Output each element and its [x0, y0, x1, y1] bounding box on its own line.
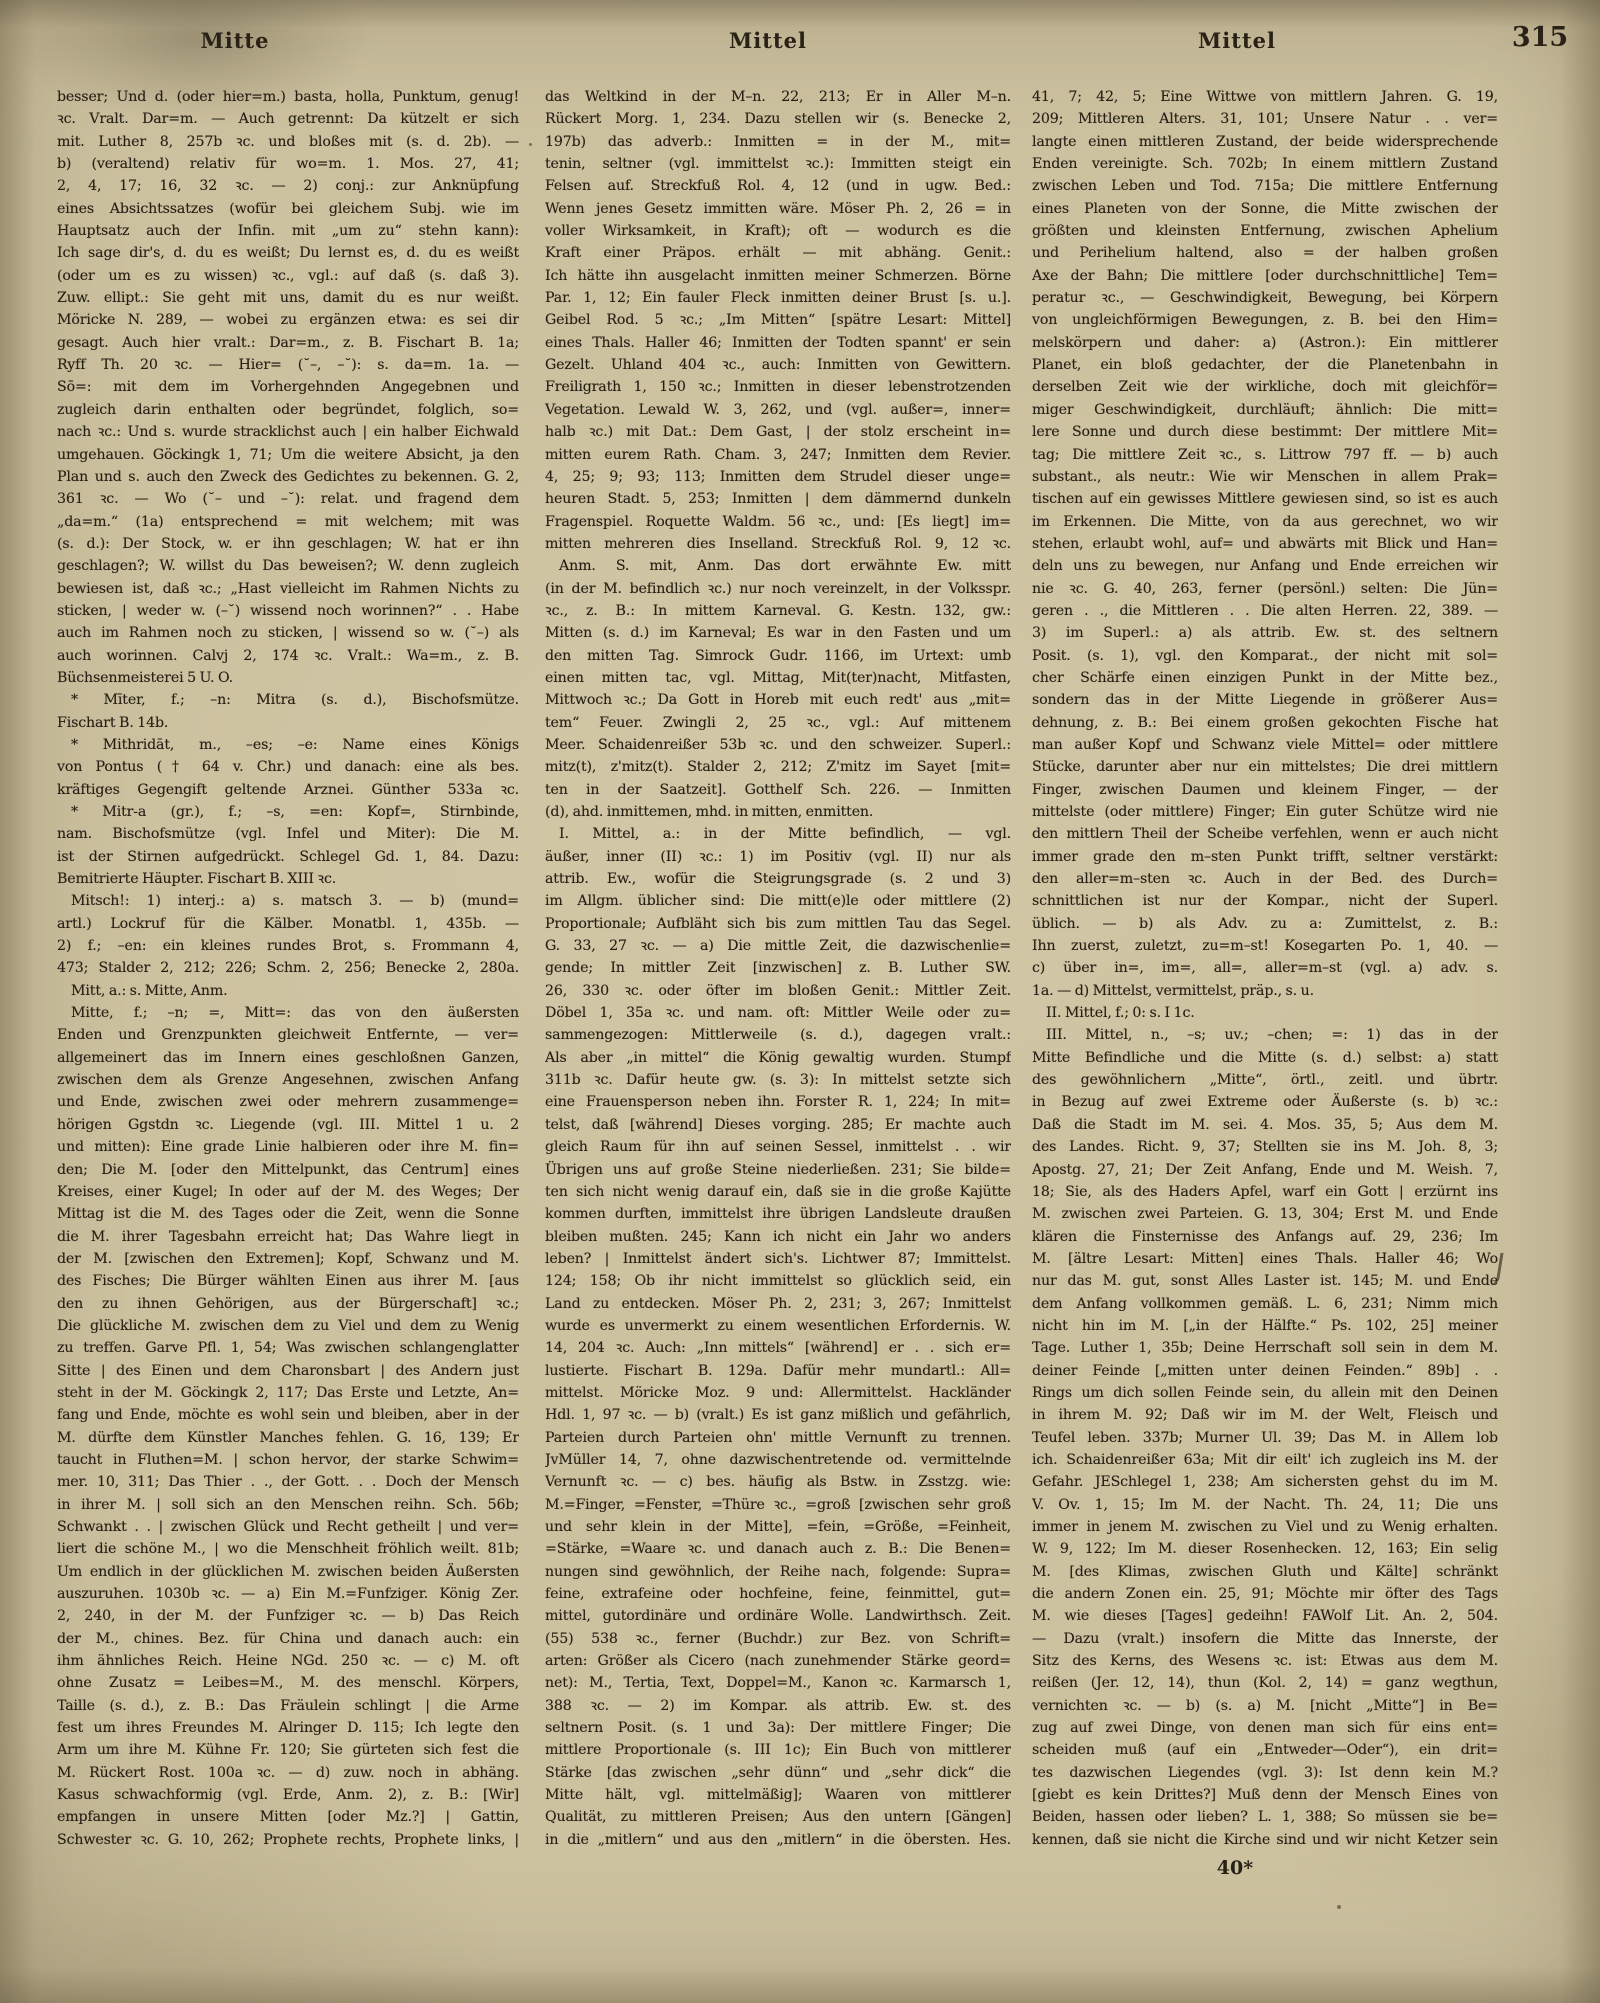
- text-line: geren . ., die Mittleren . . Die alten H…: [1032, 600, 1498, 622]
- text-line: kennen, daß sie nicht die Kirche sind un…: [1032, 1829, 1498, 1851]
- text-line: sticken, | weder w. (–˘) wissend noch wo…: [57, 600, 519, 622]
- text-line: gesagt. Auch hier vralt.: Dar=m., z. B. …: [57, 332, 519, 354]
- text-line: scheiden muß (auf ein „Entweder—Oder“), …: [1032, 1739, 1498, 1761]
- text-line: zugleich darin enthalten oder begründet,…: [57, 399, 519, 421]
- text-line: Gezelt. Uhland 404 ꝛc., auch: Inmitten v…: [545, 354, 1011, 376]
- text-line: immer in jenem M. zwischen zu Viel und z…: [1032, 1516, 1498, 1538]
- text-line: einen mitten tac, vgl. Mittag, Mit(ter)n…: [545, 667, 1011, 689]
- text-line: ꝛc. Vralt. Dar=m. — Auch getrennt: Da kü…: [57, 108, 519, 130]
- ink-speck: [529, 143, 532, 146]
- signature-mark: 40*: [1190, 1856, 1280, 1880]
- text-line: Geibel Rod. 5 ꝛc.; „Im Mitten“ [spätre L…: [545, 309, 1011, 331]
- text-line: Felsen auf. Streckfuß Rol. 4, 12 (und in…: [545, 175, 1011, 197]
- text-column-1: besser; Und d. (oder hier=m.) basta, hol…: [57, 86, 519, 1851]
- text-line: in Bezug auf zwei Extreme oder Äußerste …: [1032, 1091, 1498, 1113]
- text-line: dehnung, z. B.: Bei einem großen gekocht…: [1032, 712, 1498, 734]
- ink-speck: [1337, 1905, 1341, 1909]
- text-line: M. [ältre Lesart: Mitten] eines Thals. H…: [1032, 1248, 1498, 1270]
- text-line: Um endlich in der glücklichen M. zwische…: [57, 1561, 519, 1583]
- text-line: 124; 158; Ob ihr nicht immittelst so glü…: [545, 1270, 1011, 1292]
- text-line: auch worinnen. Calvj 2, 174 ꝛc. Vralt.: …: [57, 645, 519, 667]
- text-line: steht in der M. Göckingk 2, 117; Das Ers…: [57, 1382, 519, 1404]
- dictionary-page-scan: Mitte Mittel Mittel 315 besser; Und d. (…: [0, 0, 1600, 2003]
- text-line: (in der M. befindlich ꝛc.) nur noch vere…: [545, 578, 1011, 600]
- text-line: lere Sonne und durch diese bestimmt: Der…: [1032, 421, 1498, 443]
- text-line: in ihrem M. 92; Daß wir im M. der Welt, …: [1032, 1404, 1498, 1426]
- text-line: Freiligrath 1, 150 ꝛc.; Inmitten in dies…: [545, 376, 1011, 398]
- text-line: das Weltkind in der M–n. 22, 213; Er in …: [545, 86, 1011, 108]
- text-line: und mitten): Eine grade Linie halbieren …: [57, 1136, 519, 1158]
- text-line: dem Anfang vollkommen gemäß. L. 6, 231; …: [1032, 1293, 1498, 1315]
- text-line: M.=Finger, =Fenster, =Thüre ꝛc., =groß […: [545, 1494, 1011, 1516]
- text-line: feine, extrafeine oder hochfeine, feine,…: [545, 1583, 1011, 1605]
- text-line: geschlagen?; W. willst du Das beweisen?;…: [57, 555, 519, 577]
- text-line: und Ende, zwischen zwei oder mehrern zus…: [57, 1091, 519, 1113]
- text-line: leben? | Inmittelst ändert sich's. Licht…: [545, 1248, 1011, 1270]
- text-line: nungen sind gewöhnlich, der Reihe nach, …: [545, 1561, 1011, 1583]
- text-line: Enden vereinigte. Sch. 702b; In einem mi…: [1032, 153, 1498, 175]
- text-line: üblich. — b) als Adv. zu a: Zumittelst, …: [1032, 913, 1498, 935]
- text-line: lustierte. Fischart B. 129a. Dafür mehr …: [545, 1360, 1011, 1382]
- text-line: Als aber „in mittel“ die König gewaltig …: [545, 1047, 1011, 1069]
- text-line: peratur ꝛc., — Geschwindigkeit, Bewegung…: [1032, 287, 1498, 309]
- text-line: Ihn zuerst, zuletzt, zu=m–st! Kosegarten…: [1032, 935, 1498, 957]
- text-line: M. wie dieses [Tages] gedeihn! FAWolf Li…: [1032, 1605, 1498, 1627]
- text-line: derselben Zeit wie der wirkliche, doch m…: [1032, 376, 1498, 398]
- text-line: W. 9, 122; Im M. dieser Rosenhecken. 12,…: [1032, 1538, 1498, 1560]
- text-line: Ich sage dir's, d. du es weißt; Du lerns…: [57, 242, 519, 264]
- text-line: telst, daß [während] Dieses vorging. 285…: [545, 1114, 1011, 1136]
- text-line: bewiesen ist, daß ꝛc.; „Hast vielleicht …: [57, 578, 519, 600]
- text-line: Kraft einer Präpos. erhält — mit abhäng.…: [545, 242, 1011, 264]
- text-line: V. Ov. 1, 15; Im M. der Nacht. Th. 24, 1…: [1032, 1494, 1498, 1516]
- text-line: Die glückliche M. zwischen dem zu Viel u…: [57, 1315, 519, 1337]
- text-line: die andern Zonen ein. 25, 91; Möchte mir…: [1032, 1583, 1498, 1605]
- text-line: mitten mehreren dies Inselland. Streckfu…: [545, 533, 1011, 555]
- text-line: mitz(t), z'mitz(t). Stalder 2, 212; Z'mi…: [545, 756, 1011, 778]
- text-line: eines Thals. Haller 46; Inmitten der Tod…: [545, 332, 1011, 354]
- text-line: klären die Finsternisse des Anfangs auf.…: [1032, 1226, 1498, 1248]
- text-line: eine Frauensperson neben ihn. Forster R.…: [545, 1091, 1011, 1113]
- text-line: Planet, ein bloß gedachter, der die Plan…: [1032, 354, 1498, 376]
- text-line: Par. 1, 12; Ein fauler Fleck inmitten de…: [545, 287, 1011, 309]
- text-line: immer grade den m–sten Punkt trifft, sel…: [1032, 846, 1498, 868]
- text-line: Axe der Bahn; Die mittlere [oder durchsc…: [1032, 265, 1498, 287]
- text-line: besser; Und d. (oder hier=m.) basta, hol…: [57, 86, 519, 108]
- text-line: III. Mittel, n., –s; uv.; –chen; =: 1) d…: [1032, 1024, 1498, 1046]
- text-line: Möricke N. 289, — wobei zu ergänzen etwa…: [57, 309, 519, 331]
- text-line: im Allgm. üblicher sind: Die mitt(e)le o…: [545, 890, 1011, 912]
- text-line: arten: Größer als Cicero (nach zunehmend…: [545, 1650, 1011, 1672]
- text-line: Mitt, a.: s. Mitte, Anm.: [57, 980, 519, 1002]
- text-line: 2, 240, in der M. der Funfziger ꝛc. — b)…: [57, 1605, 519, 1627]
- text-line: äußer, inner (II) ꝛc.: 1) im Positiv (vg…: [545, 846, 1011, 868]
- text-line: 3) im Superl.: a) als attrib. Ew. st. de…: [1032, 622, 1498, 644]
- text-line: ich. Schaidenreißer 63a; Mit dir eilt' i…: [1032, 1449, 1498, 1471]
- text-line: reißen (Jer. 12, 14), thun (Kol. 2, 14) …: [1032, 1672, 1498, 1694]
- text-line: 4, 25; 9; 93; 113; Inmitten dem Strudel …: [545, 466, 1011, 488]
- text-line: M. [des Klimas, zwischen Gluth und Kälte…: [1032, 1561, 1498, 1583]
- text-line: auszuruhen. 1030b ꝛc. — a) Ein M.=Funfzi…: [57, 1583, 519, 1605]
- text-line: heuren Stadt. 5, 253; Inmitten | dem däm…: [545, 488, 1011, 510]
- text-line: 388 ꝛc. — 2) im Kompar. als attrib. Ew. …: [545, 1695, 1011, 1717]
- text-line: halb ꝛc.) mit Dat.: Dem Gast, | der stol…: [545, 421, 1011, 443]
- text-line: mittelst. Möricke Moz. 9 und: Allermitte…: [545, 1382, 1011, 1404]
- text-line: voller Wirksamkeit, in Kraft); oft — wod…: [545, 220, 1011, 242]
- text-line: auch im Rahmen noch zu sticken, | wissen…: [57, 622, 519, 644]
- text-line: Zuw. ellipt.: Sie geht mit uns, damit du…: [57, 287, 519, 309]
- text-line: 2) f.; –en: ein kleines rundes Brot, s. …: [57, 935, 519, 957]
- text-line: nur das M. gut, sonst Alles Laster ist. …: [1032, 1270, 1498, 1292]
- text-line: in ihrer M. | soll sich an den Menschen …: [57, 1494, 519, 1516]
- text-line: eines Planeten von der Sonne, die Mitte …: [1032, 198, 1498, 220]
- text-line: Mitte hält, vgl. mittelmäßig]; Waaren vo…: [545, 1784, 1011, 1806]
- text-line: nicht hin im M. [„in der Hälfte.“ Ps. 10…: [1032, 1315, 1498, 1337]
- text-line: Mittag ist die M. des Tages oder die Zei…: [57, 1203, 519, 1225]
- text-line: 209; Mittleren Alters. 31, 101; Unsere N…: [1032, 108, 1498, 130]
- text-line: zug auf zwei Dinge, von denen man sich f…: [1032, 1717, 1498, 1739]
- text-line: tenin, seltner (vgl. immittelst ꝛc.): Im…: [545, 153, 1011, 175]
- text-line: nie ꝛc. G. 40, 263, ferner (persönl.) se…: [1032, 578, 1498, 600]
- text-line: nach ꝛc.: Und s. wurde stracklichst auch…: [57, 421, 519, 443]
- text-line: der M., chines. Bez. für China und danac…: [57, 1628, 519, 1650]
- text-line: von ungleichförmigen Bewegungen, z. B. b…: [1032, 309, 1498, 331]
- text-line: nam. Bischofsmütze (vgl. Infel und Miter…: [57, 823, 519, 845]
- text-line: Gefahr. JESchlegel 1, 238; Am sichersten…: [1032, 1471, 1498, 1493]
- text-line: seltnern Posit. (s. 1 und 3a): Der mittl…: [545, 1717, 1011, 1739]
- text-line: die M. ihrer Tagesbahn erreicht hat; Das…: [57, 1226, 519, 1248]
- text-line: Sitz des Kerns, des Wesens ꝛc. ist: Etwa…: [1032, 1650, 1498, 1672]
- text-line: liert die schöne M., | wo die Menschheit…: [57, 1538, 519, 1560]
- text-line: artl.) Lockruf für die Kälber. Monatbl. …: [57, 913, 519, 935]
- text-line: 361 ꝛc. — Wo (˘– und –˘): relat. und fra…: [57, 488, 519, 510]
- text-line: Fragenspiel. Roquette Waldm. 56 ꝛc., und…: [545, 511, 1011, 533]
- text-line: mittelste (oder mittlere) Finger; Ein gu…: [1032, 801, 1498, 823]
- text-line: attrib. Ew., wofür die Steigrungsgrade (…: [545, 868, 1011, 890]
- text-line: Sō=: mit dem im Vorhergehnden Angegebnen…: [57, 376, 519, 398]
- text-line: ten sich nicht wenig darauf ein, daß sie…: [545, 1181, 1011, 1203]
- text-line: Mitte, f.; –n; =, Mitt=: das von den äuß…: [57, 1002, 519, 1024]
- text-line: den mitten Tag. Simrock Gudr. 1166, im U…: [545, 645, 1011, 667]
- text-line: Vegetation. Lewald W. 3, 262, und (vgl. …: [545, 399, 1011, 421]
- text-line: (55) 538 ꝛc., ferner (Buchdr.) zur Bez. …: [545, 1628, 1011, 1650]
- text-line: Meer. Schaidenreißer 53b ꝛc. und den sch…: [545, 734, 1011, 756]
- text-line: des Fisches; Die Bürger wählten Einen au…: [57, 1270, 519, 1292]
- text-line: von Pontus († 64 v. Chr.) und danach: ei…: [57, 756, 519, 778]
- text-line: — Dazu (vralt.) insofern die Mitte das I…: [1032, 1628, 1498, 1650]
- text-line: Beiden, hassen oder lieben? L. 1, 388; S…: [1032, 1806, 1498, 1828]
- text-line: 2, 4, 17; 16, 32 ꝛc. — 2) conj.: zur Ank…: [57, 175, 519, 197]
- text-line: ihm ähnliches Reich. Heine NGd. 250 ꝛc. …: [57, 1650, 519, 1672]
- text-line: melskörpern und daher: a) (Astron.): Ein…: [1032, 332, 1498, 354]
- text-line: Enden und Grenzpunkten gleichweit Entfer…: [57, 1024, 519, 1046]
- text-line: 473; Stalder 2, 212; 226; Schm. 2, 256; …: [57, 957, 519, 979]
- text-line: b) (veraltend) relativ für wo=m. 1. Mos.…: [57, 153, 519, 175]
- text-line: Büchsenmeisterei 5 U. O.: [57, 667, 519, 689]
- text-line: in die „mitlern“ und aus den „mitlern“ i…: [545, 1829, 1011, 1851]
- text-line: Sitte | des Einen und dem Charonsbart | …: [57, 1360, 519, 1382]
- text-line: M. zwischen zwei Parteien. G. 13, 304; E…: [1032, 1203, 1498, 1225]
- text-line: * Mithridāt, m., –es; –e: Name eines Kön…: [57, 734, 519, 756]
- text-line: Döbel 1, 35a ꝛc. und nam. oft: Mittler W…: [545, 1002, 1011, 1024]
- text-line: [giebt es kein Drittes?] Muß denn der Me…: [1032, 1784, 1498, 1806]
- text-line: tischen auf ein gewisses Mittlere gewies…: [1032, 488, 1498, 510]
- text-line: Parteien durch Parteien ohn' mittle Vern…: [545, 1427, 1011, 1449]
- text-line: Ich hätte ihn ausgelacht inmitten meiner…: [545, 265, 1011, 287]
- text-line: fest um ihres Freundes M. Alringer D. 11…: [57, 1717, 519, 1739]
- text-line: * Mitr-a (gr.), f.; –s, =en: Kopf=, Stir…: [57, 801, 519, 823]
- text-line: mittel, gutordinäre und ordinäre Wolle. …: [545, 1605, 1011, 1627]
- text-line: Finger, zwischen Daumen und kleinem Fing…: [1032, 779, 1498, 801]
- text-line: den zu ihnen Gehörigen, aus der Bürgersc…: [57, 1293, 519, 1315]
- text-line: eines Absichtssatzes (wofür bei gleichem…: [57, 198, 519, 220]
- text-line: 311b ꝛc. Dafür heute gw. (s. 3): In mitt…: [545, 1069, 1011, 1091]
- text-line: empfangen in unsere Mitten [oder Mz.?] |…: [57, 1806, 519, 1828]
- text-line: 26, 330 ꝛc. oder öfter im bloßen Genit.:…: [545, 980, 1011, 1002]
- text-line: c) über in=, im=, all=, aller=m–st (vgl.…: [1032, 957, 1498, 979]
- text-line: zu treffen. Garve Pfl. 1, 54; Was zwisch…: [57, 1337, 519, 1359]
- text-line: der M. [zwischen den Extremen]; Kopf, Sc…: [57, 1248, 519, 1270]
- text-line: Ryff Th. 20 ꝛc. — Hier= (˘–, –˘): s. da=…: [57, 354, 519, 376]
- text-line: 197b) das adverb.: Inmitten = in der M.,…: [545, 131, 1011, 153]
- text-line: Teufel leben. 337b; Murner Ul. 39; Das M…: [1032, 1427, 1498, 1449]
- text-line: I. Mittel, a.: in der Mitte befindlich, …: [545, 823, 1011, 845]
- text-line: bleiben mußten. 245; Kann ich nicht ein …: [545, 1226, 1011, 1248]
- text-line: langte einen mittleren Zustand, der beid…: [1032, 131, 1498, 153]
- text-line: gende; In mittler Zeit [inzwischen] z. B…: [545, 957, 1011, 979]
- text-line: „da=m.“ (1a) entsprechend = mit welchem;…: [57, 511, 519, 533]
- text-column-3: 41, 7; 42, 5; Eine Wittwe von mittlern J…: [1032, 86, 1498, 1851]
- text-line: Rückert Morg. 1, 234. Dazu stellen wir (…: [545, 108, 1011, 130]
- text-line: * Mīter, f.; –n: Mitra (s. d.), Bischofs…: [57, 689, 519, 711]
- text-line: hörigen Ggstdn ꝛc. Liegende (vgl. III. M…: [57, 1114, 519, 1136]
- text-line: Hauptsatz auch der Infin. mit „um zu“ st…: [57, 220, 519, 242]
- text-line: tem“ Feuer. Zwingli 2, 25 ꝛc., vgl.: Auf…: [545, 712, 1011, 734]
- text-line: cher Schärfe einen einzigen Punkt in der…: [1032, 667, 1498, 689]
- text-line: Fischart B. 14b.: [57, 712, 519, 734]
- text-line: sondern das in der Mitte Liegende in grö…: [1032, 689, 1498, 711]
- text-line: ꝛc., z. B.: In mittem Karneval. G. Kestn…: [545, 600, 1011, 622]
- text-line: (d), ahd. inmittemen, mhd. in mitten, en…: [545, 801, 1011, 823]
- text-line: vernichten ꝛc. — b) (s. a) M. [nicht „Mi…: [1032, 1695, 1498, 1717]
- text-line: mitten eurem Rath. Cham. 3, 247; Inmitte…: [545, 444, 1011, 466]
- text-line: schnittlichen ist nur der Kompar., nicht…: [1032, 890, 1498, 912]
- text-line: mittlere Proportionale (s. III 1c); Ein …: [545, 1739, 1011, 1761]
- text-line: Anm. S. mit, Anm. Das dort erwähnte Ew. …: [545, 555, 1011, 577]
- text-line: allgemeinert das im Innern eines geschlo…: [57, 1047, 519, 1069]
- text-line: ten in der Saatzeit]. Gotthelf Sch. 226.…: [545, 779, 1011, 801]
- text-line: gleich Raum für ihn auf seinen Sessel, i…: [545, 1136, 1011, 1158]
- text-line: Rings um dich sollen Feinde sein, du all…: [1032, 1382, 1498, 1404]
- text-line: wurde es unvermerkt zu einem wesentliche…: [545, 1315, 1011, 1337]
- text-line: tag; Die mittlere Zeit ꝛc., s. Littrow 7…: [1032, 444, 1498, 466]
- running-head-right: Mittel: [1157, 28, 1317, 54]
- text-line: zwischen Leben und Tod. 715a; Die mittle…: [1032, 175, 1498, 197]
- text-line: taucht in Fluthen=M. | schon hervor, der…: [57, 1449, 519, 1471]
- text-line: (oder um es zu wissen) ꝛc., vgl.: auf da…: [57, 265, 519, 287]
- text-line: net): M., Tertia, Text, Doppel=M., Kanon…: [545, 1672, 1011, 1694]
- text-line: mer. 10, 311; Das Thier . ., der Gott. .…: [57, 1471, 519, 1493]
- text-line: =Stärke, =Waare ꝛc. und danach auch z. B…: [545, 1538, 1011, 1560]
- text-line: Kreises, einer Kugel; In oder auf der M.…: [57, 1181, 519, 1203]
- text-line: ohne Zusatz = Leibes=M., M. des menschl.…: [57, 1672, 519, 1694]
- text-line: Hdl. 1, 97 ꝛc. — b) (vralt.) Es ist ganz…: [545, 1404, 1011, 1426]
- text-line: des gewöhnlichern „Mitte“, örtl., zeitl.…: [1032, 1069, 1498, 1091]
- text-line: und sehr klein in der Mitte], =fein, =Gr…: [545, 1516, 1011, 1538]
- text-line: Daß die Stadt im M. sei. 4. Mos. 35, 5; …: [1032, 1114, 1498, 1136]
- text-line: Kasus schwachformig (vgl. Erde, Anm. 2),…: [57, 1784, 519, 1806]
- text-line: 1a. — d) Mittelst, vermittelst, präp., s…: [1032, 980, 1498, 1002]
- text-line: deln uns zu bewegen, nur Anfang und Ende…: [1032, 555, 1498, 577]
- text-line: M. dürfte dem Künstler Manches fehlen. G…: [57, 1427, 519, 1449]
- text-line: Übrigen uns auf große Steine niederließe…: [545, 1159, 1011, 1181]
- text-line: stehen, erlaubt wohl, auf= und abwärts m…: [1032, 533, 1498, 555]
- text-line: 18; Sie, als des Haders Apfel, warf ein …: [1032, 1181, 1498, 1203]
- text-line: Proportionale; Aufbläht sich bis zum mit…: [545, 913, 1011, 935]
- text-line: kräftiges Gegengift geltende Arznei. Gün…: [57, 779, 519, 801]
- text-line: Stücke, darunter aber nur ein mittelstes…: [1032, 756, 1498, 778]
- text-line: kommen durften, immittelst ihre übrigen …: [545, 1203, 1011, 1225]
- text-line: mit. Luther 8, 257b ꝛc. und bloßes mit (…: [57, 131, 519, 153]
- text-line: Apostg. 27, 21; Der Zeit Anfang, Ende un…: [1032, 1159, 1498, 1181]
- text-line: tes dazwischen Liegendes (vgl. 3): Ist d…: [1032, 1762, 1498, 1784]
- text-line: 14, 204 ꝛc. Auch: „Inn mittels“ [während…: [545, 1337, 1011, 1359]
- text-line: Qualität, zu mittleren Preisen; Aus den …: [545, 1806, 1011, 1828]
- page-number: 315: [1498, 22, 1582, 54]
- text-line: Land zu entdecken. Möser Ph. 2, 231; 3, …: [545, 1293, 1011, 1315]
- text-line: Mitsch!: 1) interj.: a) s. matsch 3. — b…: [57, 890, 519, 912]
- text-column-2: das Weltkind in der M–n. 22, 213; Er in …: [545, 86, 1011, 1851]
- text-line: Mitte Befindliche und die Mitte (s. d.) …: [1032, 1047, 1498, 1069]
- text-line: den aller=m–sten ꝛc. Auch in der Bed. de…: [1032, 868, 1498, 890]
- text-line: Wenn jenes Gesetz immitten wäre. Möser P…: [545, 198, 1011, 220]
- text-line: Tage. Luther 1, 35b; Deine Herrschaft so…: [1032, 1337, 1498, 1359]
- running-head-center: Mittel: [688, 28, 848, 54]
- text-line: Bemitrierte Häupter. Fischart B. XIII ꝛc…: [57, 868, 519, 890]
- text-line: II. Mittel, f.; 0: s. I 1c.: [1032, 1002, 1498, 1024]
- text-line: größten und kleinsten Entfernung, zwisch…: [1032, 220, 1498, 242]
- text-line: ist der Stirnen aufgedrückt. Schlegel Gd…: [57, 846, 519, 868]
- text-line: substant., als neutr.: Wie wir Menschen …: [1032, 466, 1498, 488]
- text-line: und Perihelium haltend, also = der halbe…: [1032, 242, 1498, 264]
- text-line: man außer Kopf und Schwanz viele Mittel=…: [1032, 734, 1498, 756]
- text-line: Arm um ihre M. Kühne Fr. 120; Sie gürtet…: [57, 1739, 519, 1761]
- text-line: Vernunft ꝛc. — c) bes. häufig als Bstw. …: [545, 1471, 1011, 1493]
- text-line: Posit. (s. 1), vgl. den Komparat., der n…: [1032, 645, 1498, 667]
- text-line: Mitten (s. d.) im Karneval; Es war in de…: [545, 622, 1011, 644]
- text-line: JvMüller 14, 7, ohne dazwischentretende …: [545, 1449, 1011, 1471]
- text-line: Schwester ꝛc. G. 10, 262; Prophete recht…: [57, 1829, 519, 1851]
- text-line: M. Rückert Rost. 100a ꝛc. — d) zuw. noch…: [57, 1762, 519, 1784]
- running-head-left: Mitte: [155, 28, 315, 54]
- text-line: (s. d.): Der Stock, w. er ihn geschlagen…: [57, 533, 519, 555]
- text-line: des Landes. Richt. 9, 37; Stellten sie i…: [1032, 1136, 1498, 1158]
- text-line: Plan und s. auch den Zweck des Gedichtes…: [57, 466, 519, 488]
- text-line: zwischen dem als Grenze Angesehnen, zwis…: [57, 1069, 519, 1091]
- text-line: G. 33, 27 ꝛc. — a) Die mittle Zeit, die …: [545, 935, 1011, 957]
- text-line: Taille (s. d.), z. B.: Das Fräulein schl…: [57, 1695, 519, 1717]
- text-line: miger Geschwindigkeit, durchläuft; ähnli…: [1032, 399, 1498, 421]
- text-line: den; Die M. [oder den Mittelpunkt, das C…: [57, 1159, 519, 1181]
- text-line: Mittwoch ꝛc.; Da Gott in Horeb mit euch …: [545, 689, 1011, 711]
- text-line: Schwankt . . | zwischen Glück und Recht …: [57, 1516, 519, 1538]
- text-line: fang und Ende, möchte es wohl sein und b…: [57, 1404, 519, 1426]
- text-line: im Erkennen. Die Mitte, von da aus gerec…: [1032, 511, 1498, 533]
- text-line: deiner Feinde [„mitten unter deinen Fein…: [1032, 1360, 1498, 1382]
- text-line: umgehauen. Göckingk 1, 71; Um die weiter…: [57, 444, 519, 466]
- text-line: sammengezogen: Mittlerweile (s. d.), dag…: [545, 1024, 1011, 1046]
- text-line: Stärke [das zwischen „sehr dünn“ und „se…: [545, 1762, 1011, 1784]
- text-line: den mittlern Theil der Scheibe verfehlen…: [1032, 823, 1498, 845]
- text-line: 41, 7; 42, 5; Eine Wittwe von mittlern J…: [1032, 86, 1498, 108]
